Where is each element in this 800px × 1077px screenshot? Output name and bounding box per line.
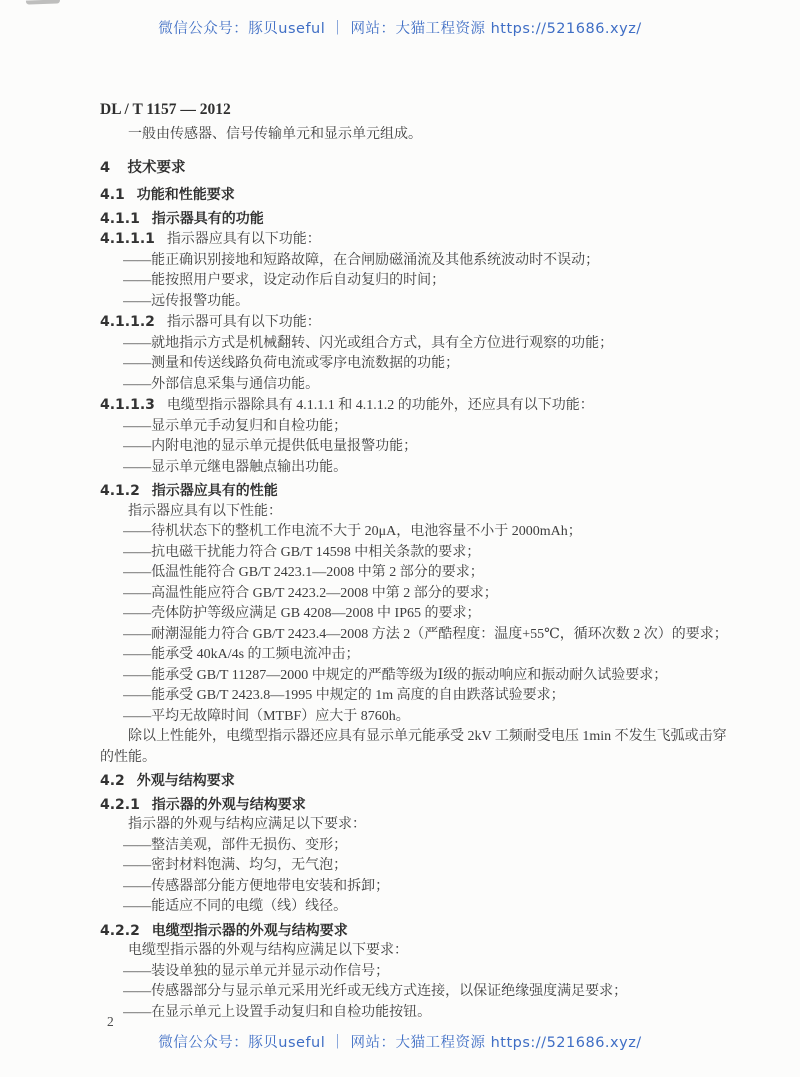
line-text: 指示器应具有以下功能： [167,232,321,247]
dash-list-item: ——整洁美观，部件无损伤、变形； [100,836,736,857]
line-text: ——传感器部分与显示单元采用光纤或无线方式连接，以保证绝缘强度满足要求； [123,984,627,999]
section-heading: 4技术要求 [100,158,736,179]
paragraph: 一般由传感器、信号传输单元和显示单元组成。 [100,125,736,146]
line-text: 技术要求 [127,160,185,176]
line-text: ——能适应不同的电缆（线）线径。 [123,899,347,914]
clause-number: 4.1.1.2 [100,314,155,330]
dash-list-item: ——测量和传送线路负荷电流或零序电流数据的功能； [100,354,736,375]
page-number: 2 [107,1014,114,1030]
line-text: 一般由传感器、信号传输单元和显示单元组成。 [128,127,422,142]
line-text: ——高温性能应符合 GB/T 2423.2—2008 中第 2 部分的要求； [123,586,498,601]
watermark-top: 微信公众号：豚贝useful ｜ 网站：大猫工程资源 https://52168… [0,17,800,38]
dash-list-item: ——待机状态下的整机工作电流不大于 20μA，电池容量不小于 2000mAh； [100,522,736,543]
dash-list-item: ——能承受 40kA/4s 的工频电流冲击； [100,645,736,666]
line-text: 指示器可具有以下功能： [167,315,321,330]
dash-list-item: ——密封材料饱满、均匀，无气泡； [100,856,736,877]
line-text: 指示器的外观与结构应满足以下要求： [128,817,366,832]
line-text: ——能承受 GB/T 2423.8—1995 中规定的 1m 高度的自由跌落试验… [123,688,565,703]
dash-list-item: ——传感器部分能方便地带电安装和拆卸； [100,877,736,898]
line-text: ——密封材料饱满、均匀，无气泡； [123,858,347,873]
subsection-heading: 4.2.2电缆型指示器的外观与结构要求 [100,921,736,942]
line-text: 电缆型指示器的外观与结构要求 [152,923,348,939]
clause-number: 4.1.2 [100,483,140,499]
subsection-heading: 4.2外观与结构要求 [100,771,736,792]
line-text: ——内附电池的显示单元提供低电量报警功能； [123,439,417,454]
line-text: ——壳体防护等级应满足 GB 4208—2008 中 IP65 的要求； [123,606,480,621]
dash-list-item: ——显示单元手动复归和自检功能； [100,417,736,438]
clause-number: 4.1 [100,187,125,203]
standard-number: DL / T 1157 — 2012 [100,101,736,119]
dash-list-item: ——装设单独的显示单元并显示动作信号； [100,962,736,983]
line-text: 指示器应具有的性能 [152,483,278,499]
line-text: ——能承受 GB/T 11287—2000 中规定的严酷等级为Ⅰ级的振动响应和振… [123,668,667,683]
line-text: 功能和性能要求 [137,187,235,203]
clause-number: 4.2.2 [100,923,140,939]
dash-list-item: ——能承受 GB/T 2423.8—1995 中规定的 1m 高度的自由跌落试验… [100,686,736,707]
dash-list-item: ——高温性能应符合 GB/T 2423.2—2008 中第 2 部分的要求； [100,584,736,605]
dash-list-item: ——能按照用户要求，设定动作后自动复归的时间； [100,271,736,292]
clause-number: 4.1.1.3 [100,397,155,413]
dash-list-item: ——能适应不同的电缆（线）线径。 [100,897,736,918]
dash-list-item: ——低温性能符合 GB/T 2423.1—2008 中第 2 部分的要求； [100,563,736,584]
clause-number: 4.1.1.1 [100,231,155,247]
paragraph: 指示器的外观与结构应满足以下要求： [100,815,736,836]
dash-list-item: ——内附电池的显示单元提供低电量报警功能； [100,437,736,458]
line-text: 外观与结构要求 [137,773,235,789]
line-text: 电缆型指示器除具有 4.1.1.1 和 4.1.1.2 的功能外，还应具有以下功… [167,398,594,413]
line-text: ——装设单独的显示单元并显示动作信号； [123,964,389,979]
dash-list-item: ——外部信息采集与通信功能。 [100,375,736,396]
clause-line: 4.1.1.3电缆型指示器除具有 4.1.1.1 和 4.1.1.2 的功能外，… [100,395,736,417]
dash-list-item: ——壳体防护等级应满足 GB 4208—2008 中 IP65 的要求； [100,604,736,625]
line-text: 除以上性能外，电缆型指示器还应具有显示单元能承受 2kV 工频耐受电压 1min… [100,729,727,765]
line-text: 指示器具有的功能 [152,211,264,227]
clause-line: 4.1.1.2指示器可具有以下功能： [100,312,736,334]
line-text: ——平均无故障时间（MTBF）应大于 8760h。 [123,709,410,724]
line-text: ——待机状态下的整机工作电流不大于 20μA，电池容量不小于 2000mAh； [123,524,582,539]
subsection-heading: 4.2.1指示器的外观与结构要求 [100,795,736,816]
line-text: ——能按照用户要求，设定动作后自动复归的时间； [123,273,445,288]
line-text: ——显示单元继电器触点输出功能。 [123,460,347,475]
dash-list-item: ——耐潮湿能力符合 GB/T 2423.4—2008 方法 2（严酷程度：温度+… [100,625,736,646]
clause-number: 4 [100,160,110,176]
clause-number: 4.1.1 [100,211,140,227]
dash-list-item: ——能正确识别接地和短路故障，在合闸励磁涌流及其他系统波动时不误动； [100,251,736,272]
line-text: ——外部信息采集与通信功能。 [123,377,319,392]
subsection-heading: 4.1.2指示器应具有的性能 [100,481,736,502]
line-text: ——远传报警功能。 [123,294,249,309]
paragraph: 电缆型指示器的外观与结构应满足以下要求： [100,941,736,962]
paragraph: 除以上性能外，电缆型指示器还应具有显示单元能承受 2kV 工频耐受电压 1min… [100,727,736,768]
subsection-heading: 4.1.1指示器具有的功能 [100,209,736,230]
dash-list-item: ——显示单元继电器触点输出功能。 [100,458,736,479]
line-text: 指示器的外观与结构要求 [152,797,306,813]
dash-list-item: ——平均无故障时间（MTBF）应大于 8760h。 [100,707,736,728]
paragraph: 指示器应具有以下性能： [100,502,736,523]
clause-number: 4.2.1 [100,797,140,813]
line-text: ——传感器部分能方便地带电安装和拆卸； [123,879,389,894]
clause-number: 4.2 [100,773,125,789]
line-text: ——就地指示方式是机械翻转、闪光或组合方式，具有全方位进行观察的功能； [123,336,613,351]
dash-list-item: ——能承受 GB/T 11287—2000 中规定的严酷等级为Ⅰ级的振动响应和振… [100,666,736,687]
dash-list-item: ——抗电磁干扰能力符合 GB/T 14598 中相关条款的要求； [100,543,736,564]
document-page: 微信公众号：豚贝useful ｜ 网站：大猫工程资源 https://52168… [0,0,800,1077]
line-text: ——抗电磁干扰能力符合 GB/T 14598 中相关条款的要求； [123,545,480,560]
document-body: 一般由传感器、信号传输单元和显示单元组成。4技术要求4.1功能和性能要求4.1.… [100,125,736,1023]
line-text: ——耐潮湿能力符合 GB/T 2423.4—2008 方法 2（严酷程度：温度+… [123,627,728,642]
line-text: ——低温性能符合 GB/T 2423.1—2008 中第 2 部分的要求； [123,565,484,580]
line-text: 电缆型指示器的外观与结构应满足以下要求： [128,943,408,958]
line-text: ——能承受 40kA/4s 的工频电流冲击； [123,647,359,662]
subsection-heading: 4.1功能和性能要求 [100,185,736,206]
line-text: ——显示单元手动复归和自检功能； [123,419,347,434]
document-content: DL / T 1157 — 2012 一般由传感器、信号传输单元和显示单元组成。… [0,101,800,1023]
line-text: ——整洁美观，部件无损伤、变形； [123,838,347,853]
line-text: ——测量和传送线路负荷电流或零序电流数据的功能； [123,356,459,371]
clause-line: 4.1.1.1指示器应具有以下功能： [100,229,736,251]
dash-list-item: ——远传报警功能。 [100,292,736,313]
line-text: ——能正确识别接地和短路故障，在合闸励磁涌流及其他系统波动时不误动； [123,253,599,268]
dash-list-item: ——就地指示方式是机械翻转、闪光或组合方式，具有全方位进行观察的功能； [100,334,736,355]
scan-artifact [26,0,60,5]
dash-list-item: ——传感器部分与显示单元采用光纤或无线方式连接，以保证绝缘强度满足要求； [100,982,736,1003]
line-text: 指示器应具有以下性能： [128,504,282,519]
watermark-bottom: 微信公众号：豚贝useful ｜ 网站：大猫工程资源 https://52168… [0,1031,800,1052]
